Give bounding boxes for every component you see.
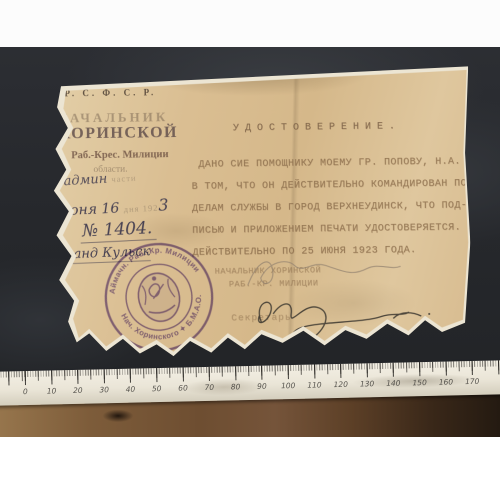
paper-surface: Р. С. Ф. С. Р. НАЧАЛЬНИК ХОРИНСКОЙ Раб.-… xyxy=(48,63,472,366)
ruler-number: 170 xyxy=(459,377,485,387)
ruler-number: 110 xyxy=(301,380,327,390)
ruler-number: 0 xyxy=(12,387,38,397)
ruler-number: 70 xyxy=(196,383,222,393)
printed-form-word: части xyxy=(111,173,137,185)
top-white-band xyxy=(0,0,500,47)
ruler-number: 80 xyxy=(222,382,248,392)
ruler-number: 30 xyxy=(91,385,117,395)
certificate-title: УДОСТОВЕРЕНИЕ. xyxy=(233,121,401,134)
printed-date-form: дня 192 xyxy=(124,203,159,215)
photo-of-document: Р. С. Ф. С. Р. НАЧАЛЬНИК ХОРИНСКОЙ Раб.-… xyxy=(0,0,500,500)
letterhead-title-line3: Раб.-Крес. Милиции xyxy=(71,149,168,161)
ruler-number: 120 xyxy=(328,380,354,390)
letterhead-title-line2: ХОРИНСКОЙ xyxy=(59,124,178,143)
ruler-number: 90 xyxy=(249,381,275,391)
ruler-number: 50 xyxy=(143,384,169,394)
ruler-number: 130 xyxy=(354,379,380,389)
letterhead-rsfsr: Р. С. Ф. С. Р. xyxy=(64,87,156,98)
stamp-emblem xyxy=(133,269,185,326)
bottom-white-band xyxy=(0,437,500,500)
handwritten-department-word: админ xyxy=(63,171,108,189)
ruler-number: 10 xyxy=(38,386,64,396)
handwritten-department: админ части xyxy=(63,170,137,190)
handwritten-date-year: 3 xyxy=(158,195,169,214)
ruler-number: 160 xyxy=(433,377,459,387)
paper-document: Р. С. Ф. С. Р. НАЧАЛЬНИК ХОРИНСКОЙ Раб.-… xyxy=(48,63,472,366)
ruler-number: 60 xyxy=(170,383,196,393)
ruler-number: 20 xyxy=(65,386,91,396)
certificate-body-line: ПИСЬЮ И ПРИЛОЖЕНИЕМ ПЕЧАТИ УДОСТОВЕРЯЕТС… xyxy=(192,217,467,242)
ruler-number: 150 xyxy=(406,378,432,388)
ruler-number: 40 xyxy=(117,384,143,394)
certificate-body: ДАНО СИЕ ПОМОЩНИКУ МОЕМУ ГР. ПОПОВУ, Н.А… xyxy=(191,151,468,264)
ruler-number: 100 xyxy=(275,381,301,391)
ruler-number: 140 xyxy=(380,378,406,388)
handwritten-date: Июня 16 дня 1923 xyxy=(54,195,169,219)
